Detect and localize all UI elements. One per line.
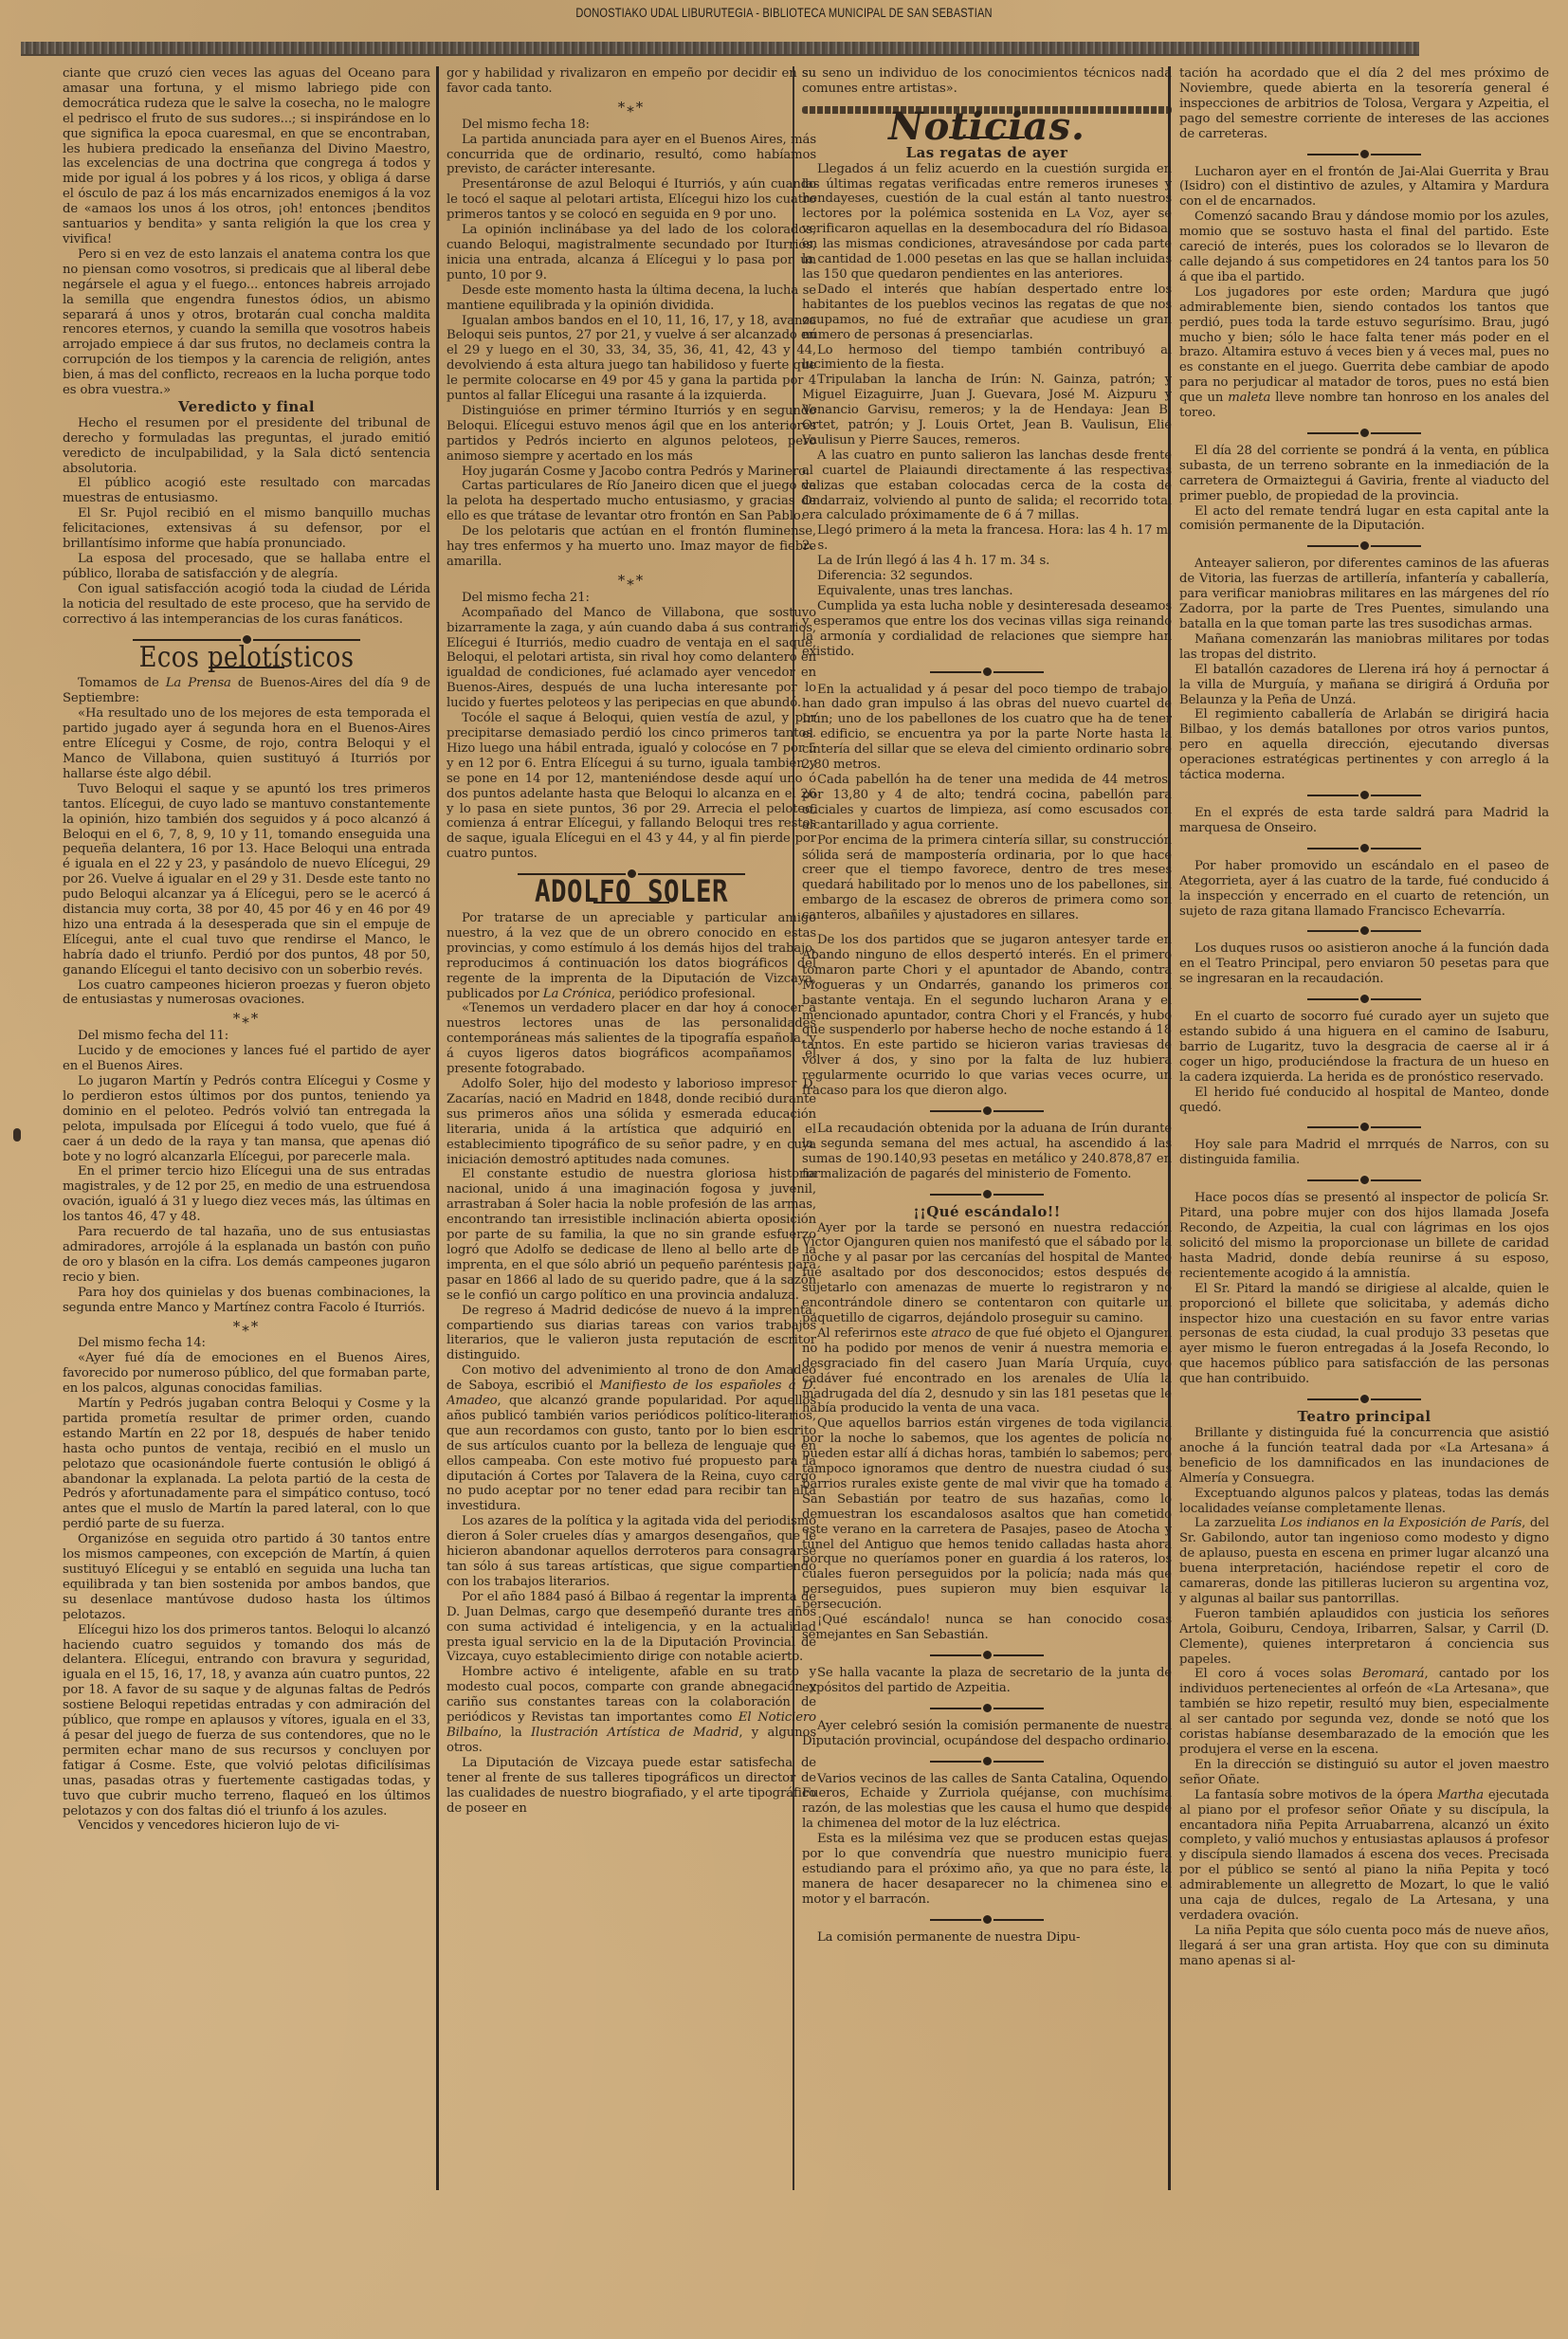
paragraph: Por encima de la primera cintería sillar… — [802, 833, 1172, 923]
paragraph: De regreso á Madrid dedicóse de nuevo á … — [447, 1304, 816, 1364]
paragraph: El acto del remate tendrá lugar en esta … — [1179, 504, 1549, 535]
column-1: ciante que cruzó cien veces las aguas de… — [63, 66, 430, 2186]
ornament-divider — [802, 667, 1172, 677]
paragraph: Hombre activo é inteligente, afable en s… — [447, 1665, 816, 1755]
paragraph: Comenzó sacando Brau y dándose momio por… — [1179, 210, 1549, 285]
ornament-divider — [802, 1915, 1172, 1925]
subhead-teatro: Teatro principal — [1179, 1410, 1549, 1425]
subhead-escandalo: ¡¡Qué escándalo!! — [802, 1205, 1172, 1220]
paragraph: El regimiento caballería de Arlabán se d… — [1179, 707, 1549, 783]
ornament-divider — [1179, 926, 1549, 936]
asterism-icon: *⁎* — [63, 1012, 430, 1027]
paragraph: Hoy sale para Madrid el mrrqués de Narro… — [1179, 1138, 1549, 1168]
paragraph: Los jugadores por este orden; Mardura qu… — [1179, 285, 1549, 421]
paragraph: Fueron también aplaudidos con justicia l… — [1179, 1607, 1549, 1668]
ornament-divider — [1179, 429, 1549, 438]
paragraph: El batallón cazadores de Llerena irá hoy… — [1179, 663, 1549, 708]
subhead-veredicto: Veredicto y final — [63, 400, 430, 415]
ornament-divider — [1179, 150, 1549, 159]
paragraph: Anteayer salieron, por diferentes camino… — [1179, 557, 1549, 632]
paragraph: Equivalente, unas tres lanchas. — [802, 584, 1172, 599]
paragraph: Esta es la milésima vez que se producen … — [802, 1832, 1172, 1908]
paragraph: Vencidos y vencedores hicieron lujo de v… — [63, 1818, 430, 1834]
ornament-divider — [802, 1190, 1172, 1199]
paragraph: La fantasía sobre motivos de la ópera Ma… — [1179, 1788, 1549, 1924]
paragraph: El Sr. Pujol recibió en el mismo banquil… — [63, 506, 430, 552]
paragraph: Igualan ambos bandos en el 10, 11, 16, 1… — [447, 314, 816, 404]
paragraph: La zarzuelita Los indianos en la Exposic… — [1179, 1516, 1549, 1606]
asterism-icon: *⁎* — [447, 101, 816, 116]
paragraph: «Tenemos un verdadero placer en dar hoy … — [447, 1001, 816, 1077]
subhead-regatas: Las regatas de ayer — [802, 146, 1172, 161]
paragraph: Tuvo Beloqui el saque y se apuntó los tr… — [63, 782, 430, 978]
paragraph: Los duques rusos oo asistieron anoche á … — [1179, 941, 1549, 987]
paragraph: La comisión permanente de nuestra Dipu- — [802, 1930, 1172, 1946]
paragraph: Los azares de la política y la agitada v… — [447, 1514, 816, 1590]
ornament-divider — [1179, 995, 1549, 1004]
paragraph: El constante estudio de nuestra gloriosa… — [447, 1167, 816, 1303]
asterism-icon: *⁎* — [447, 574, 816, 589]
paragraph: Martín y Pedrós jugaban contra Beloqui y… — [63, 1397, 430, 1532]
paragraph: Distinguióse en primer término Iturriós … — [447, 404, 816, 465]
paragraph: ciante que cruzó cien veces las aguas de… — [63, 66, 430, 247]
paragraph: su seno un individuo de los conocimiento… — [802, 66, 1172, 97]
publication-name: La Voz — [1066, 207, 1110, 221]
paragraph: Con igual satisfacción acogió toda la ci… — [63, 582, 430, 628]
column-3: su seno un individuo de los conocimiento… — [802, 66, 1172, 2186]
top-rule — [21, 42, 1419, 56]
newspaper-columns: ciante que cruzó cien veces las aguas de… — [63, 66, 1549, 2190]
column-2: gor y habilidad y rivalizaron en empeño … — [447, 66, 816, 2186]
paragraph: Diferencia: 32 segundos. — [802, 569, 1172, 584]
paragraph: Brillante y distinguida fué la concurren… — [1179, 1426, 1549, 1487]
paragraph: De los pelotaris que actúan en el frontó… — [447, 524, 816, 570]
ornament-divider — [1179, 791, 1549, 800]
paragraph: En el exprés de esta tarde saldrá para M… — [1179, 806, 1549, 836]
paragraph: Tripulaban la lancha de Irún: N. Gainza,… — [802, 373, 1172, 448]
paragraph: La partida anunciada para ayer en el Bue… — [447, 133, 816, 178]
wavy-rule — [802, 106, 1172, 114]
ornament-divider — [802, 1704, 1172, 1713]
column-divider — [436, 66, 439, 2190]
paragraph: A las cuatro en punto salieron las lanch… — [802, 448, 1172, 524]
publication-name: Ilustración Artística de Madrid — [531, 1726, 738, 1740]
paragraph: ¡Qué escándalo! nunca se han conocido co… — [802, 1613, 1172, 1643]
paragraph: El Sr. Pitard la mandó se dirigiese al a… — [1179, 1282, 1549, 1387]
paragraph: Hecho el resumen por el presidente del t… — [63, 416, 430, 477]
paragraph: Por el año 1884 pasó á Bilbao á regentar… — [447, 1590, 816, 1666]
publication-name: La Prensa — [166, 676, 231, 690]
paragraph: Lucido y de emociones y lances fué el pa… — [63, 1044, 430, 1074]
paragraph: Varios vecinos de las calles de Santa Ca… — [802, 1772, 1172, 1833]
ornament-divider — [802, 1757, 1172, 1766]
paragraph: Por haber promovido un escándalo en el p… — [1179, 859, 1549, 920]
paragraph: Para recuerdo de tal hazaña, uno de sus … — [63, 1225, 430, 1286]
section-title-ecos: Ecos pelotísticos — [88, 650, 405, 666]
paragraph: Adolfo Soler, hijo del modesto y laborio… — [447, 1077, 816, 1167]
play-title: Los indianos en la Exposición de París — [1281, 1516, 1522, 1530]
paragraph: Acompañado del Manco de Villabona, que s… — [447, 606, 816, 711]
asterism-icon: *⁎* — [63, 1320, 430, 1335]
ornament-divider — [1179, 1123, 1549, 1132]
song-title: Beromará — [1362, 1667, 1424, 1681]
section-title-noticias: Noticias. — [802, 119, 1172, 135]
paragraph: El herido fué conducido al hospital de M… — [1179, 1086, 1549, 1116]
paragraph: Se halla vacante la plaza de secretario … — [802, 1666, 1172, 1696]
paragraph: La esposa del procesado, que se hallaba … — [63, 552, 430, 582]
archive-header: DONOSTIAKO UDAL LIBURUTEGIA - BIBLIOTECA… — [141, 6, 1427, 20]
paragraph: Tomamos de La Prensa de Buenos-Aires del… — [63, 676, 430, 706]
paragraph: De los dos partidos que se jugaron antes… — [802, 933, 1172, 1099]
paragraph: Los cuatro campeones hicieron proezas y … — [63, 978, 430, 1009]
paragraph: El coro á voces solas Beromará, cantado … — [1179, 1667, 1549, 1757]
paragraph: Desde este momento hasta la última decen… — [447, 283, 816, 314]
ornament-divider — [1179, 1395, 1549, 1404]
paragraph: Ayer por la tarde se personó en nuestra … — [802, 1221, 1172, 1326]
paragraph: Del mismo fecha 18: — [447, 118, 816, 133]
ornament-divider — [802, 1106, 1172, 1116]
paragraph: Dado el interés que habían despertado en… — [802, 283, 1172, 343]
paragraph: Ayer celebró sesión la comisión permanen… — [802, 1719, 1172, 1749]
paragraph: El día 28 del corriente se pondrá á la v… — [1179, 444, 1549, 504]
paragraph: En el primer tercio hizo Elícegui una de… — [63, 1164, 430, 1225]
paragraph: El público acogió este resultado con mar… — [63, 476, 430, 506]
paragraph: Presentáronse de azul Beloqui é Iturriós… — [447, 177, 816, 223]
paragraph: La opinión inclinábase ya del lado de lo… — [447, 223, 816, 283]
ornament-divider — [802, 1651, 1172, 1660]
opera-title: Martha — [1437, 1788, 1484, 1802]
column-4: tación ha acordado que el día 2 del mes … — [1179, 66, 1549, 2186]
ornament-divider — [1179, 1176, 1549, 1185]
paragraph: «Ha resultado uno de los mejores de esta… — [63, 706, 430, 782]
paragraph: Tocóle el saque á Beloqui, quien vestía … — [447, 711, 816, 862]
paragraph: Lucharon ayer en el frontón de Jai-Alai … — [1179, 165, 1549, 210]
paragraph: Por tratarse de un apreciable y particul… — [447, 911, 816, 1001]
paragraph: La niña Pepita que sólo cuenta poco más … — [1179, 1924, 1549, 1969]
paragraph: Del mismo fecha 14: — [63, 1336, 430, 1351]
ornament-divider — [1179, 541, 1549, 551]
paragraph: Lo hermoso del tiempo también contribuyó… — [802, 343, 1172, 374]
paragraph: Lo jugaron Martín y Pedrós contra Elíceg… — [63, 1074, 430, 1164]
paragraph: Pero si en vez de esto lanzais el anatem… — [63, 247, 430, 398]
section-title-adolfo-soler: ADOLFO SOLER — [472, 885, 790, 900]
paragraph: Elícegui hizo los dos primeros tantos. B… — [63, 1623, 430, 1819]
paragraph: Cumplida ya esta lucha noble y desintere… — [802, 599, 1172, 660]
paragraph: gor y habilidad y rivalizaron en empeño … — [447, 66, 816, 97]
paragraph: Llegó primero á la meta la francesa. Hor… — [802, 523, 1172, 554]
paragraph: En la dirección se distinguió su autor e… — [1179, 1758, 1549, 1788]
paragraph: Que aquellos barrios están virgenes de t… — [802, 1416, 1172, 1613]
paragraph: Al referirnos este atraco de que fué obj… — [802, 1326, 1172, 1416]
paragraph: Con motivo del advenimiento al trono de … — [447, 1363, 816, 1514]
paragraph: Cartas particulares de Río Janeiro dicen… — [447, 479, 816, 524]
paragraph: En la actualidad y á pesar del poco tiem… — [802, 683, 1172, 773]
paragraph: Hoy jugarán Cosme y Jacobo contra Pedrós… — [447, 465, 816, 480]
publication-name: La Crónica — [543, 987, 611, 1001]
paragraph: Cada pabellón ha de tener una medida de … — [802, 773, 1172, 833]
paragraph: Llegados á un feliz acuerdo en la cuesti… — [802, 162, 1172, 283]
paragraph: Hace pocos días se presentó al inspector… — [1179, 1191, 1549, 1281]
paragraph: En el cuarto de socorro fué curado ayer … — [1179, 1010, 1549, 1086]
paragraph: tación ha acordado que el día 2 del mes … — [1179, 66, 1549, 142]
paragraph: Mañana comenzarán las maniobras militare… — [1179, 632, 1549, 663]
paragraph: La recaudación obtenida por la aduana de… — [802, 1122, 1172, 1182]
ornament-divider — [1179, 844, 1549, 853]
paragraph: La de Irún llegó á las 4 h. 17 m. 34 s. — [802, 554, 1172, 569]
paragraph: Del mismo fecha del 11: — [63, 1029, 430, 1044]
binding-mark — [13, 1128, 21, 1142]
paragraph: «Ayer fué día de emociones en el Buenos … — [63, 1351, 430, 1397]
paragraph: Del mismo fecha 21: — [447, 591, 816, 606]
paragraph: La Diputación de Vizcaya puede estar sat… — [447, 1756, 816, 1817]
paragraph: Organizóse en seguida otro partido á 30 … — [63, 1532, 430, 1622]
paragraph: Para hoy dos quinielas y dos buenas comb… — [63, 1286, 430, 1316]
paragraph: Exceptuando algunos palcos y plateas, to… — [1179, 1487, 1549, 1517]
